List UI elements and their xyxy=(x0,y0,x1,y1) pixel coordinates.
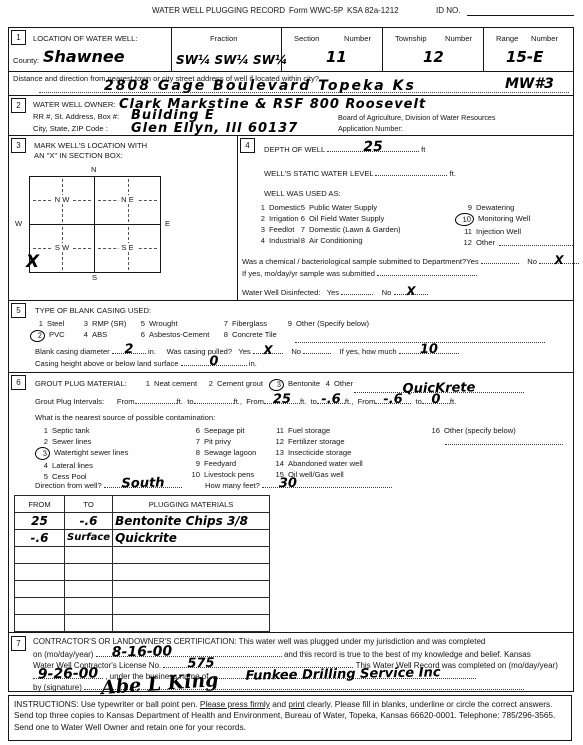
instructions-text: INSTRUCTIONS: Use typewriter or ball poi… xyxy=(14,699,200,709)
uses-column3: 9Dewatering 10Monitoring Well 11Injectio… xyxy=(459,202,573,248)
license-value: 575 xyxy=(188,657,215,670)
cell-material xyxy=(113,547,270,564)
grout-num: 2 xyxy=(204,379,213,389)
cert-line2-rest: and this record is true to the best of m… xyxy=(284,650,531,659)
interval3-to-blank: 0 xyxy=(422,395,450,404)
range-value: 15-E xyxy=(506,50,543,65)
use-num: 12 xyxy=(459,237,472,248)
township-value: 12 xyxy=(423,50,444,65)
section5-numbox: 5 xyxy=(11,303,26,318)
casing-opt: 5Wrought xyxy=(136,319,178,329)
grout-intervals-line: Grout Plug Intervals: Fromft. toft., Fro… xyxy=(35,395,456,407)
fraction-cell: Fraction SW¼ SW¼ SW¼ xyxy=(172,28,282,71)
grout-label: Other xyxy=(334,379,353,389)
interval2-to-blank: -.6 xyxy=(317,395,345,404)
section1-numbox: 1 xyxy=(11,30,26,45)
casing-height-unit: in. xyxy=(249,359,257,368)
casing-num: 3 xyxy=(79,319,88,329)
use-label: Other xyxy=(476,237,495,248)
grout-opt: 2Cement grout xyxy=(204,379,263,389)
cell-from xyxy=(15,547,65,564)
casing-label: Other (Specify below) xyxy=(296,319,369,329)
section-label: Section xyxy=(294,34,319,44)
contam-num: 16 xyxy=(427,425,440,436)
use-num: 6 xyxy=(296,213,305,224)
feet-label: How many feet? xyxy=(205,481,260,490)
section-cell: Section Number 11 xyxy=(282,28,383,71)
sample-date-label: If yes, mo/day/yr sample was submitted xyxy=(242,269,375,278)
range-label: Range xyxy=(496,34,518,44)
section5-casing: 5 TYPE OF BLANK CASING USED: 1Steel 3RMP… xyxy=(9,301,573,373)
disinfected-label: Water Well Disinfected: xyxy=(242,288,321,297)
contam-num: 4 xyxy=(39,460,48,471)
section3-location-diagram: 3 MARK WELL'S LOCATION WITH AN "X" IN SE… xyxy=(9,136,238,300)
on-date-label: on (mo/day/year) xyxy=(33,650,93,659)
from-label: From xyxy=(358,397,376,406)
table-header-row: FROM TO PLUGGING MATERIALS xyxy=(15,496,270,513)
county-label: County: xyxy=(13,56,39,66)
ft-label: ft. xyxy=(450,397,456,406)
use-label: Air Conditioning xyxy=(309,235,363,246)
contam-column4: 16Other (specify below) xyxy=(427,425,563,448)
contam-num: 13 xyxy=(271,447,284,458)
casing-num: 9 xyxy=(283,319,292,329)
interval3-to-value: 0 xyxy=(431,393,440,406)
section4-numbox: 4 xyxy=(240,138,255,153)
grout-num-circled-bentonite: 3 xyxy=(269,378,285,391)
cell-to xyxy=(65,615,113,632)
contam-num: 2 xyxy=(39,436,48,447)
county-cell: 1 LOCATION OF WATER WELL: County: Shawne… xyxy=(9,28,172,71)
sample-no-label: No xyxy=(527,257,537,266)
interval2-from-value: 25 xyxy=(273,393,291,406)
contam-num: 6 xyxy=(191,425,200,436)
direction-blank: South xyxy=(104,479,182,488)
use-num: 1 xyxy=(256,202,265,213)
casing-opt: 9Other (Specify below) xyxy=(283,319,369,329)
contam-num: 1 xyxy=(39,425,48,436)
plug-date-value: 8-16-00 xyxy=(112,644,173,659)
table-row: -.6 Surface Quickrite xyxy=(15,530,270,547)
ft-label: ft. xyxy=(177,397,183,406)
use-label: Monitoring Well xyxy=(478,213,530,226)
disinfected-line: Water Well Disinfected: Yes No X xyxy=(242,286,428,298)
ft-label: ft. xyxy=(300,397,306,406)
casing-num: 7 xyxy=(219,319,228,329)
instructions-box: INSTRUCTIONS: Use typewriter or ball poi… xyxy=(8,695,572,741)
cell-to: Surface xyxy=(67,532,110,543)
casing-opt: 1Steel xyxy=(34,319,64,329)
form-number: Form WWC-5P xyxy=(289,6,343,17)
township-label: Township xyxy=(395,34,427,44)
quadrant-ne: N E xyxy=(95,177,160,225)
use-label: Oil Field Water Supply xyxy=(309,213,384,224)
township-cell: Township Number 12 xyxy=(383,28,484,71)
contam-label: Abandoned water well xyxy=(288,458,363,469)
to-header: TO xyxy=(65,496,113,513)
diameter-blank: 2 xyxy=(112,345,146,354)
casing-opt: 6Asbestos-Cement xyxy=(136,330,209,340)
disinfected-no-blank: X xyxy=(394,286,428,295)
contam-column2: 6Seepage pit 7Pit privy 8Sewage lagoon 9… xyxy=(191,425,256,480)
cell-from xyxy=(15,598,65,615)
diameter-label: Blank casing diameter xyxy=(35,347,110,356)
casing-label: PVC xyxy=(49,330,65,342)
contam-label: Fuel storage xyxy=(288,425,330,436)
cell-from: 25 xyxy=(31,514,48,528)
record-date-blank: 9-26-00 xyxy=(33,670,103,679)
water-well-plugging-record-form: WATER WELL PLUGGING RECORD Form WWC-5P K… xyxy=(0,0,583,745)
contam-label: Other (specify below) xyxy=(444,425,516,436)
record-date-value: 9-26-00 xyxy=(38,666,99,681)
cell-material xyxy=(113,615,270,632)
contam-label: Sewer lines xyxy=(52,436,91,447)
contam-column3: 11Fuel storage 12Fertilizer storage 13In… xyxy=(271,425,363,480)
grout-label: Bentonite xyxy=(288,379,320,391)
section-col-labels: Section Number xyxy=(282,34,383,44)
form-title: WATER WELL PLUGGING RECORD xyxy=(152,6,285,17)
compass-south-label: S xyxy=(92,273,97,283)
use-num: 4 xyxy=(256,235,265,246)
contam-label: Fertilizer storage xyxy=(288,436,345,447)
other-use-blank xyxy=(499,237,573,246)
sample-date-line: If yes, mo/day/yr sample was submitted xyxy=(242,267,477,279)
casing-num: 4 xyxy=(79,330,88,340)
sample-no-x-mark: X xyxy=(554,254,563,266)
section7-certification: 7 CONTRACTOR'S OR LANDOWNER'S CERTIFICAT… xyxy=(9,634,573,691)
ne-label: N E xyxy=(118,195,137,204)
static-label: WELL'S STATIC WATER LEVEL xyxy=(264,169,373,178)
cell-to xyxy=(65,598,113,615)
owner-address-label: RR #, St. Address, Box #: xyxy=(33,112,119,122)
interval3-from-blank: -.6 xyxy=(375,395,411,404)
from-header: FROM xyxy=(15,496,65,513)
ft-label: ft., xyxy=(234,397,242,406)
casing-diameter-line: Blank casing diameter 2 in. Was casing p… xyxy=(35,345,459,357)
board-of-agriculture-text: Board of Agriculture, Division of Water … xyxy=(338,113,496,123)
direction-label: Direction from well? xyxy=(35,481,102,490)
pulled-no-label: No xyxy=(291,347,301,356)
how-much-value: 10 xyxy=(420,343,438,356)
casing-opt: 8Concrete Tile xyxy=(219,330,277,340)
township-col-labels: Township Number xyxy=(383,34,484,44)
casing-height-blank: 0 xyxy=(181,357,247,366)
cell-material xyxy=(113,581,270,598)
contam-other-blank xyxy=(445,436,563,445)
section1-location: 1 LOCATION OF WATER WELL: County: Shawne… xyxy=(9,28,573,72)
section-box-diagram: N W N E S W S E xyxy=(29,176,161,273)
depth-blank: 25 xyxy=(327,143,419,152)
instructions-underlined-press-firmly: Please press firmly xyxy=(200,699,270,709)
plugging-materials-table: FROM TO PLUGGING MATERIALS 25 -.6 Benton… xyxy=(14,495,270,632)
uses-column2: 5Public Water Supply 6Oil Field Water Su… xyxy=(296,202,401,246)
sample-question: Was a chemical / bacteriological sample … xyxy=(242,257,479,266)
depth-unit: ft xyxy=(421,145,425,154)
cell-from: -.6 xyxy=(31,531,49,545)
cell-from xyxy=(15,615,65,632)
static-unit: ft. xyxy=(450,169,456,178)
se-label: S E xyxy=(118,243,136,252)
uses-column1: 1Domestic 2Irrigation 3Feedlot 4Industri… xyxy=(256,202,301,246)
pulled-yes-blank: X xyxy=(253,345,283,354)
interval2-from-blank: 25 xyxy=(264,395,300,404)
ft-label: ft., xyxy=(345,397,353,406)
casing-height-line: Casing height above or below land surfac… xyxy=(35,357,257,369)
section3-title-line2: AN "X" IN SECTION BOX: xyxy=(34,151,123,161)
instructions-text: and xyxy=(270,699,288,709)
table-row xyxy=(15,547,270,564)
depth-value: 25 xyxy=(363,140,383,154)
quadrant-se: S E xyxy=(95,225,160,273)
use-label: Public Water Supply xyxy=(309,202,377,213)
casing-num-circled-pvc: 2 xyxy=(30,329,46,342)
id-no-blank xyxy=(467,5,574,16)
pulled-yes-x-mark: X xyxy=(263,344,272,356)
use-num: 9 xyxy=(459,202,472,213)
sample-no-blank: X xyxy=(539,255,579,264)
signature-label: by (signature) xyxy=(33,683,82,692)
table-row xyxy=(15,564,270,581)
casing-opt: 7Fiberglass xyxy=(219,319,267,329)
table-row xyxy=(15,581,270,598)
disinfected-no-x-mark: X xyxy=(406,285,415,297)
well-location-x-mark: X xyxy=(26,254,39,271)
section-value: 11 xyxy=(326,50,347,65)
disinfected-no-label: No xyxy=(382,288,392,297)
sample-date-blank xyxy=(377,267,477,276)
use-label: Irrigation xyxy=(269,213,299,224)
use-num: 3 xyxy=(256,224,265,235)
cell-to: -.6 xyxy=(80,514,98,528)
materials-header: PLUGGING MATERIALS xyxy=(113,496,270,513)
use-label: Dewatering xyxy=(476,202,514,213)
contam-label: Seepage pit xyxy=(204,425,245,436)
section3-4-row: 3 MARK WELL'S LOCATION WITH AN "X" IN SE… xyxy=(9,136,573,301)
casing-height-value: 0 xyxy=(209,355,218,368)
street-address-value: 2808 Gage Boulevard Topeka Ks xyxy=(104,79,416,93)
use-label: Injection Well xyxy=(476,226,521,237)
contam-num-circled-watertight-sewer: 3 xyxy=(34,446,50,460)
how-much-blank: 10 xyxy=(399,345,459,354)
contam-label: Pit privy xyxy=(204,436,231,447)
section2-numbox: 2 xyxy=(11,98,26,113)
depth-label: DEPTH OF WELL xyxy=(264,145,325,154)
interval1-from-blank xyxy=(135,395,177,404)
contam-label: Insecticide storage xyxy=(288,447,351,458)
section4-well-info: 4 DEPTH OF WELL 25 ft WELL'S STATIC WATE… xyxy=(238,136,573,300)
cert-line1: CONTRACTOR'S OR LANDOWNER'S CERTIFICATIO… xyxy=(33,637,485,648)
depth-of-well-line: DEPTH OF WELL 25 ft xyxy=(264,143,425,155)
contam-num: 11 xyxy=(271,425,284,436)
section5-title: TYPE OF BLANK CASING USED: xyxy=(35,306,151,316)
feet-blank: 30 xyxy=(262,479,392,488)
table-row xyxy=(15,615,270,632)
intervals-label: Grout Plug Intervals: xyxy=(35,397,104,406)
business-name-blank: Funkee Drilling Service Inc xyxy=(211,670,476,679)
pulled-no-blank xyxy=(303,345,331,354)
grout-label: Cement grout xyxy=(217,379,263,389)
use-num-circled-monitoring-well: 10 xyxy=(454,212,474,227)
interval2-to-value: -.6 xyxy=(321,393,341,406)
compass-west-label: W xyxy=(15,219,22,229)
from-label: From xyxy=(246,397,264,406)
section3-title-line1: MARK WELL'S LOCATION WITH xyxy=(34,141,147,151)
range-cell: Range Number 15-E xyxy=(484,28,573,71)
nw-label: N W xyxy=(52,195,73,204)
cell-material: Quickrite xyxy=(115,531,177,545)
owner-city-label: City, State, ZIP Code : xyxy=(33,124,108,134)
sample-question-line: Was a chemical / bacteriological sample … xyxy=(242,255,579,267)
contam-num: 14 xyxy=(271,458,284,469)
owner-label: WATER WELL OWNER: xyxy=(33,100,115,110)
cell-from xyxy=(15,564,65,581)
quadrant-sw: S W xyxy=(30,225,95,273)
section6-numbox: 6 xyxy=(11,375,26,390)
contam-num: 8 xyxy=(191,447,200,458)
use-num: 2 xyxy=(256,213,265,224)
township-number-label: Number xyxy=(445,34,472,44)
grout-opt: 1Neat cement xyxy=(141,379,197,389)
sw-label: S W xyxy=(52,243,72,252)
section3-numbox: 3 xyxy=(11,138,26,153)
pulled-label: Was casing pulled? xyxy=(167,347,233,356)
grout-num: 1 xyxy=(141,379,150,389)
cell-material xyxy=(113,564,270,581)
form-body: 1 LOCATION OF WATER WELL: County: Shawne… xyxy=(8,27,574,692)
application-number-label: Application Number: xyxy=(338,124,403,134)
casing-opt-pvc-circled: 2PVC xyxy=(34,330,65,342)
pulled-yes-label: Yes xyxy=(238,347,250,356)
casing-label: RMP (SR) xyxy=(92,319,126,329)
grout-opt: 4Other xyxy=(321,379,353,389)
range-number-label: Number xyxy=(531,34,558,44)
cell-to xyxy=(65,581,113,598)
contam-label: Lateral lines xyxy=(52,460,93,471)
contam-num: 12 xyxy=(271,436,284,447)
casing-num: 8 xyxy=(219,330,228,340)
diameter-value: 2 xyxy=(124,343,133,356)
table-row: 25 -.6 Bentonite Chips 3/8 xyxy=(15,513,270,530)
casing-label: ABS xyxy=(92,330,107,340)
cell-material xyxy=(113,598,270,615)
cell-from xyxy=(15,581,65,598)
casing-num: 6 xyxy=(136,330,145,340)
contam-label: Watertight sewer lines xyxy=(54,447,128,460)
county-value: Shawnee xyxy=(43,49,125,65)
fraction-label: Fraction xyxy=(210,34,237,44)
use-num: 11 xyxy=(459,226,472,237)
casing-opt: 3RMP (SR) xyxy=(79,319,126,329)
section2-owner: 2 WATER WELL OWNER: Clark Markstine & RS… xyxy=(9,96,573,136)
direction-line: Direction from well? South How many feet… xyxy=(35,479,392,491)
casing-num: 1 xyxy=(34,319,43,329)
contamination-question: What is the nearest source of possible c… xyxy=(35,413,215,423)
quadrant-nw: N W xyxy=(30,177,95,225)
range-col-labels: Range Number xyxy=(484,34,570,44)
casing-num: 5 xyxy=(136,319,145,329)
use-num: 7 xyxy=(296,224,305,235)
contam-label: Septic tank xyxy=(52,425,90,436)
casing-label: Steel xyxy=(47,319,64,329)
feet-value: 30 xyxy=(279,477,297,490)
casing-height-label: Casing height above or below land surfac… xyxy=(35,359,179,368)
contam-num: 9 xyxy=(191,458,200,469)
fraction-value: SW¼ SW¼ SW¼ xyxy=(176,54,287,66)
cell-material: Bentonite Chips 3/8 xyxy=(115,514,248,528)
diameter-unit: in. xyxy=(148,347,156,356)
contam-label: Feedyard xyxy=(204,458,236,469)
disinfected-yes-label: Yes xyxy=(327,288,339,297)
use-label: Domestic (Lawn & Garden) xyxy=(309,224,401,235)
interval3-from-value: -.6 xyxy=(383,393,403,406)
id-no-label: ID NO. xyxy=(436,6,460,17)
grout-num: 4 xyxy=(321,379,330,389)
casing-label: Concrete Tile xyxy=(232,330,277,340)
casing-label: Asbestos-Cement xyxy=(149,330,209,340)
contam-num: 7 xyxy=(191,436,200,447)
cell-to xyxy=(65,547,113,564)
use-num: 5 xyxy=(296,202,305,213)
used-as-label: WELL WAS USED AS: xyxy=(264,189,341,199)
disinfected-yes-blank xyxy=(341,286,373,295)
sample-yes-blank xyxy=(481,255,519,264)
well-name-value: MW#3 xyxy=(505,77,554,91)
section-number-label: Number xyxy=(344,34,371,44)
from-label: From xyxy=(117,397,135,406)
section1-title: LOCATION OF WATER WELL: xyxy=(33,34,138,44)
casing-opt: 4ABS xyxy=(79,330,107,340)
compass-east-label: E xyxy=(165,219,170,229)
instructions-underlined-print: print xyxy=(288,699,304,709)
use-label: Feedlot xyxy=(269,224,294,235)
how-much-label: If yes, how much xyxy=(340,347,397,356)
static-blank xyxy=(375,167,447,176)
section7-numbox: 7 xyxy=(11,636,26,651)
cell-to xyxy=(65,564,113,581)
static-level-line: WELL'S STATIC WATER LEVEL ft. xyxy=(264,167,456,179)
casing-label: Fiberglass xyxy=(232,319,267,329)
compass-north-label: N xyxy=(91,165,96,175)
table-row xyxy=(15,598,270,615)
direction-value: South xyxy=(121,477,164,491)
contam-label: Sewage lagoon xyxy=(204,447,256,458)
section6-title: GROUT PLUG MATERIAL: xyxy=(35,379,127,389)
contam-column1: 1Septic tank 2Sewer lines 3Watertight se… xyxy=(39,425,128,482)
interval1-to-blank xyxy=(194,395,234,404)
casing-label: Wrought xyxy=(149,319,178,329)
section6-grout: 6 GROUT PLUG MATERIAL: 1Neat cement 2Cem… xyxy=(9,373,573,633)
form-statute: KSA 82a-1212 xyxy=(347,6,399,17)
grout-label: Neat cement xyxy=(154,379,197,389)
section1-address-row: Distance and direction from nearest town… xyxy=(9,73,573,96)
use-num: 8 xyxy=(296,235,305,246)
owner-city-value: Glen Ellyn, Ill 60137 xyxy=(131,122,298,135)
grout-opt-bentonite-circled: 3Bentonite xyxy=(273,379,320,391)
